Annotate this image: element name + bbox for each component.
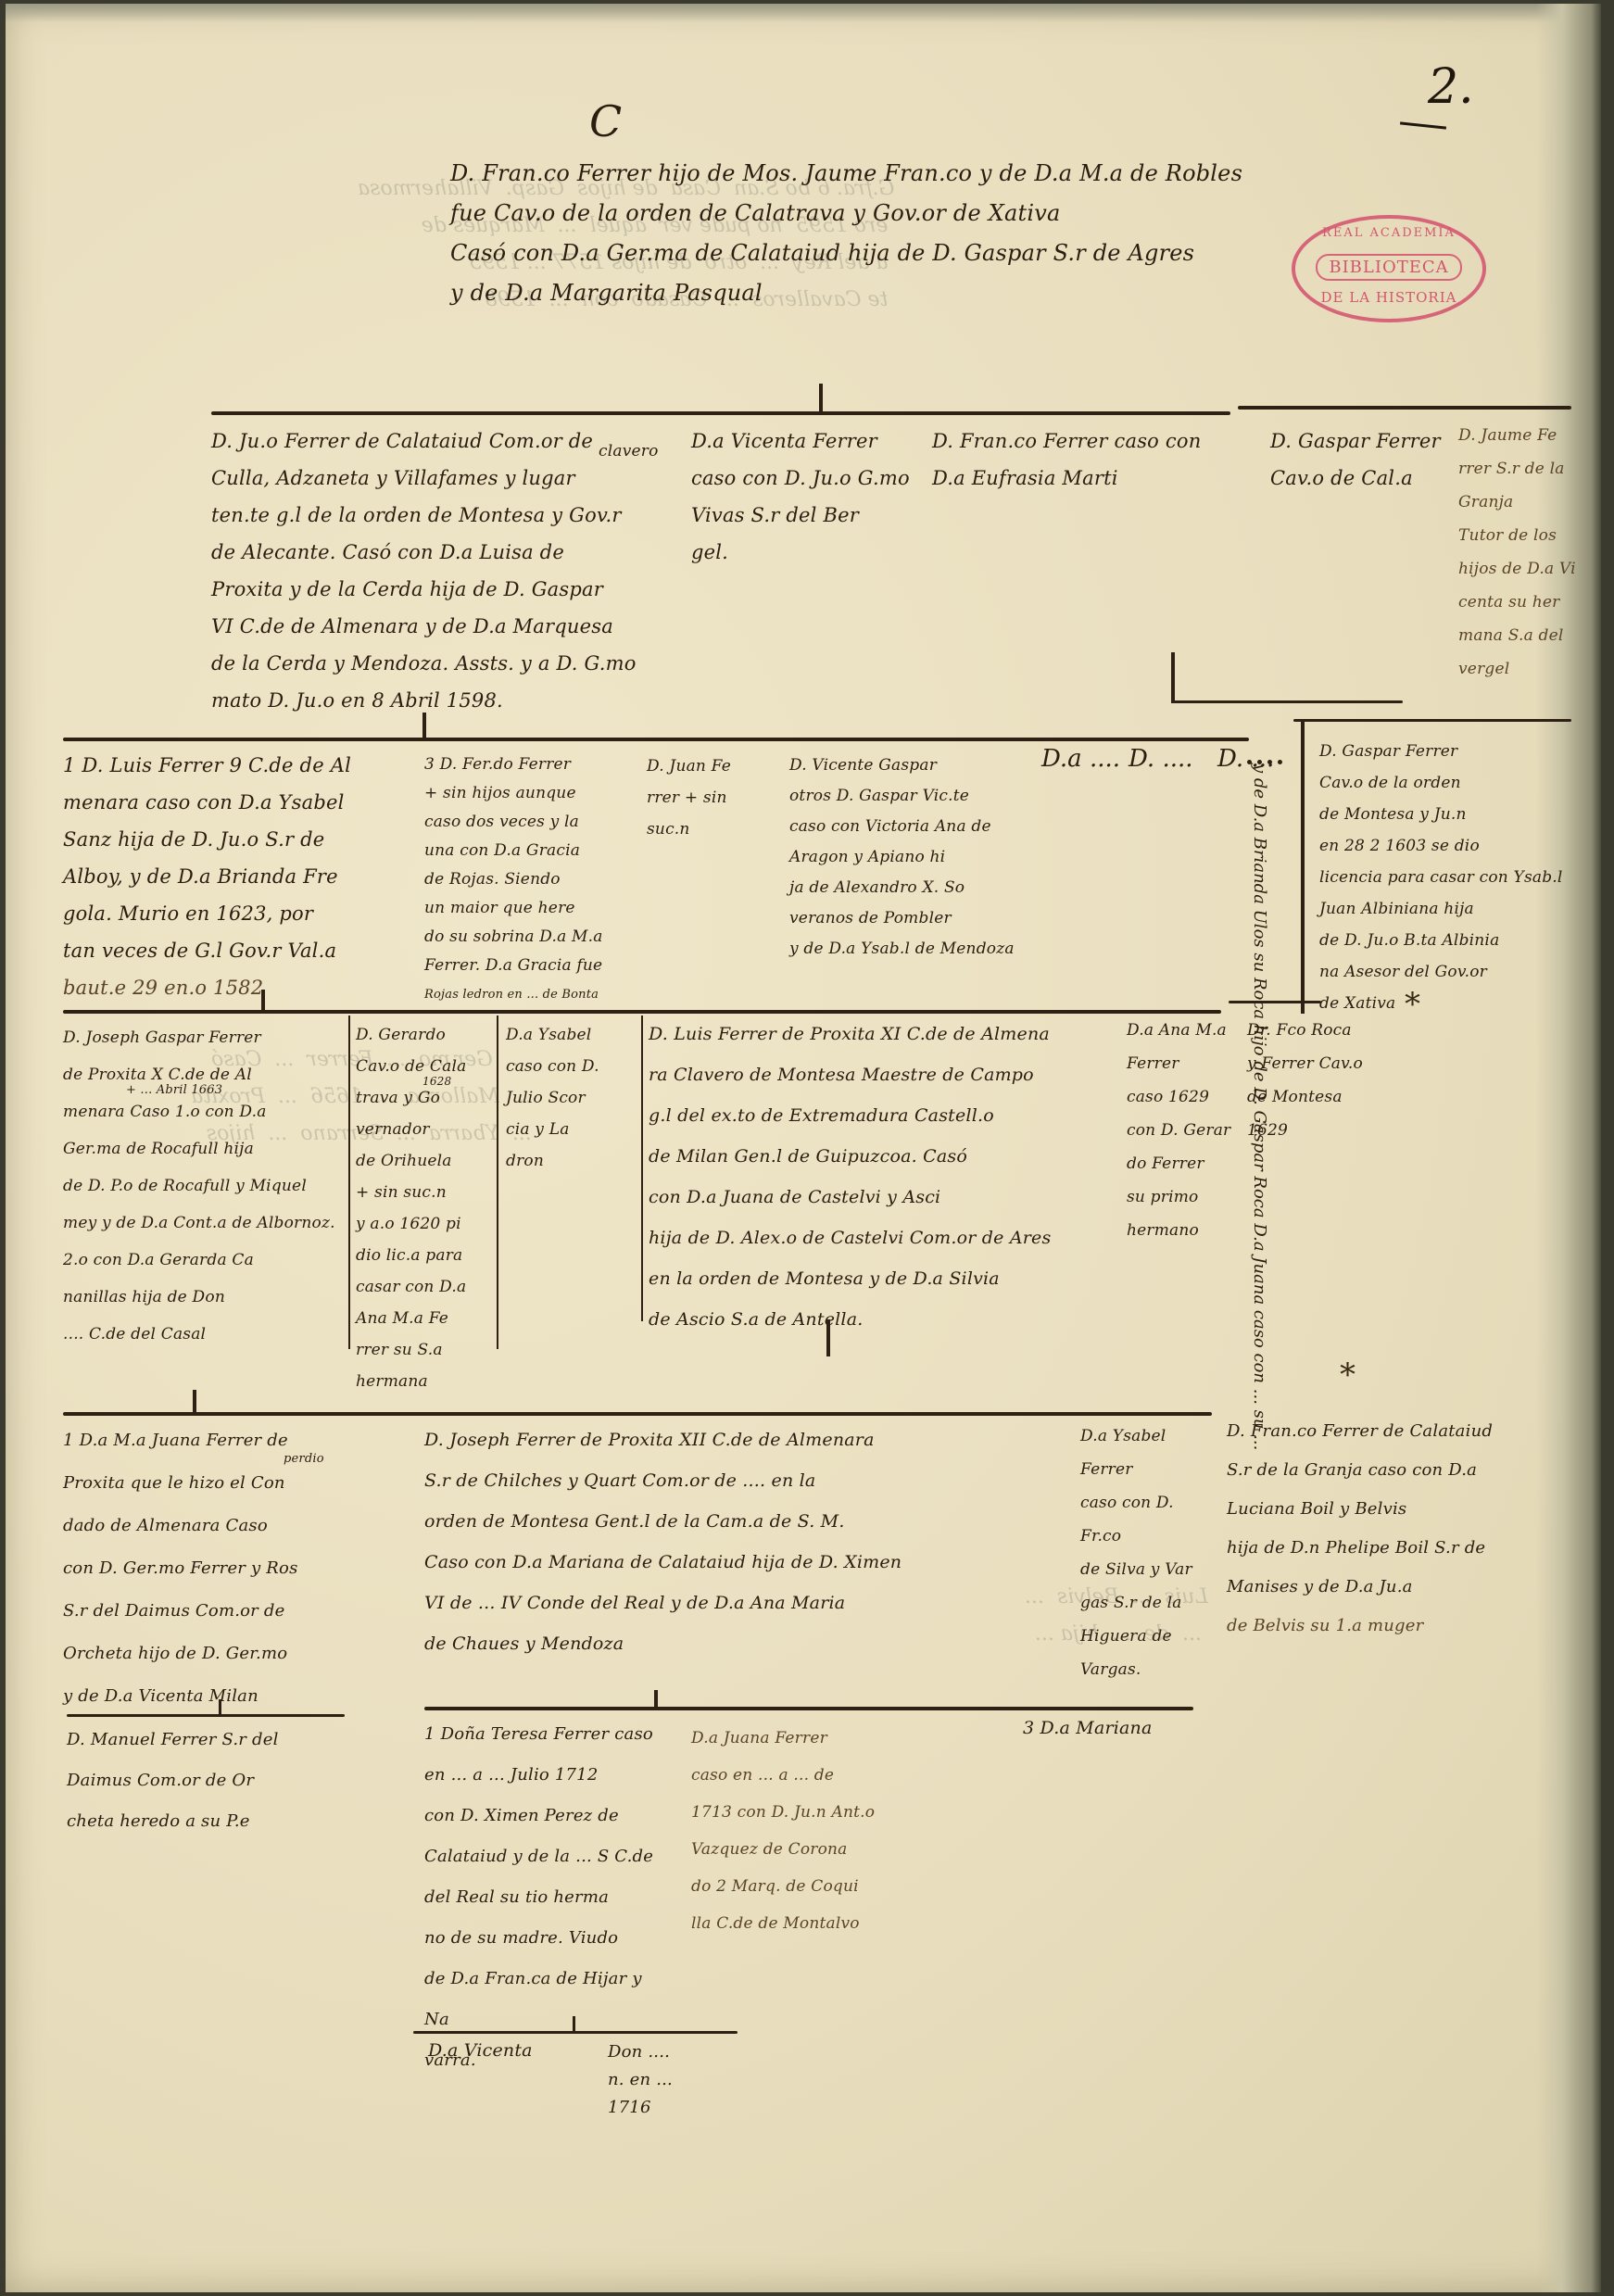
entry-line: n. en ... [608,2066,747,2094]
entry-line: hija de D. Alex.o de Castelvi Com.or de … [649,1217,1130,1258]
entry-line: rrer S.r de la [1458,452,1579,486]
entry-juan-ferrer-calataiud: D. Ju.o Ferrer de Calataiud Com.or de Cu… [211,423,693,719]
entry-line: Ana M.a Fe [356,1303,504,1334]
entry-line: rrer su S.a [356,1334,504,1366]
entry-line: de D.a Fran.ca de Hijar y Na [424,1959,665,2040]
entry-juan-ferrer: D. Juan Fe rrer + sin suc.n [647,751,767,845]
entry-line: Ferrer. D.a Gracia fue [424,952,656,980]
column-divider [641,1016,643,1321]
entry-line: g.l del ex.to de Extremadura Castell.o [649,1095,1130,1136]
entry-line: caso con Victoria Ana de [789,812,1067,842]
entry-line: de Alecante. Casó con D.a Luisa de [211,534,693,571]
entry-line: D.a Juana Ferrer [691,1720,932,1757]
entry-line: caso en ... a ... de [691,1757,932,1794]
entry-line: tan veces de G.l Gov.r Val.a [63,932,415,969]
entry-line: S.r de Chilches y Quart Com.or de .... e… [424,1460,1184,1501]
asterisk-mark: * [1405,986,1420,1023]
entry-line: licencia para casar con Ysab.l [1319,862,1588,893]
entry-line: mana S.a del [1458,619,1579,652]
entry-line: Daimus Com.or de Or [67,1760,345,1801]
entry-line: ten.te g.l de la orden de Montesa y Gov.… [211,497,693,534]
entry-line: 2.o con D.a Gerarda Ca [63,1242,359,1279]
interlinear-note: perdio [284,1447,324,1471]
entry-vicente-gaspar-ferrer: D. Vicente Gaspar otros D. Gaspar Vic.te… [789,751,1067,965]
entry-line: S.r del Daimus Com.or de [63,1590,341,1633]
entry-line: Vivas S.r del Ber [691,497,923,534]
stamp-ring-text: REAL ACADEMIA [1295,226,1482,240]
entry-line: D. Luis Ferrer de Proxita XI C.de de Alm… [649,1014,1130,1054]
entry-line: en ... a ... Julio 1712 [424,1755,665,1796]
entry-line: Orcheta hijo de D. Ger.mo [63,1633,341,1675]
entry-line: caso dos veces y la [424,808,656,837]
entry-line: D. Gaspar Ferrer [1270,423,1456,460]
entry-line: D. Manuel Ferrer S.r del [67,1720,345,1760]
entry-jaume-ferrer: D. Jaume Fe rrer S.r de la Granja Tutor … [1458,419,1579,686]
entry-line: baut.e 29 en.o 1582 [63,969,415,1006]
entry-line: caso con D. Ju.o G.mo [691,460,923,497]
entry-line: de la Cerda y Mendoza. Assts. y a D. G.m… [211,645,693,682]
entry-line: de Chaues y Mendoza [424,1623,1184,1664]
family-brace [211,411,1230,415]
entry-line: D. Fran.co Ferrer caso con [932,423,1247,460]
entry-line: Culla, Adzaneta y Villafames y lugar [211,460,693,497]
entry-line: D.a Ysabel Ferrer [1080,1419,1219,1486]
entry-line: ra Clavero de Montesa Maestre de Campo [649,1054,1130,1095]
entry-line: hijos de D.a Vi [1458,552,1579,586]
entry-line: Alboy, y de D.a Brianda Fre [63,858,415,895]
manuscript-page: G.fra. 6 bo S.an Casa de hijos Gasp. Vil… [6,4,1601,2292]
entry-line: caso 1629 [1127,1080,1247,1114]
entry-luis-ferrer-proxita: D. Luis Ferrer de Proxita XI C.de de Alm… [649,1014,1130,1340]
brace-tip [826,1319,830,1356]
root-line: y de D.a Margarita Pasqual [450,273,1284,313]
interlinear-note: + ... Abril 1663 [126,1079,222,1103]
entry-francisco-roca: Dr. Fco Roca y Ferrer Cav.o de Montesa 1… [1247,1014,1377,1147]
vertical-line: y de D.a Brianda Ulos [1250,763,1269,948]
entry-line: ja de Alexandro X. So [789,873,1067,903]
brace-tip [819,384,823,411]
entry-line: D. Gaspar Ferrer [1319,736,1588,767]
entry-line: gola. Murio en 1623, por [63,895,415,932]
entry-line: centa su her [1458,586,1579,619]
entry-line: do 2 Marq. de Coqui [691,1868,932,1905]
root-entry: D. Fran.co Ferrer hijo de Mos. Jaume Fra… [450,154,1284,313]
entry-vicenta-ferrer: D.a Vicenta Ferrer caso con D. Ju.o G.mo… [691,423,923,571]
entry-line: un maior que here [424,894,656,923]
bracket-line [1293,719,1571,722]
entry-line: D.a Ysabel [506,1019,636,1051]
entry-line: no de su madre. Viudo [424,1918,665,1959]
connector-line [1171,700,1403,703]
entry-line: con D. Gerar [1127,1114,1247,1147]
entry-line: en 28 2 1603 se dio [1319,830,1588,862]
entry-line: gas S.r de la [1080,1586,1219,1620]
interlinear-note: clavero [599,439,659,463]
entry-line: rrer + sin [647,782,767,814]
entry-line: Caso con D.a Mariana de Calataiud hija d… [424,1542,1184,1583]
entry-line: D. Jaume Fe [1458,419,1579,452]
entry-line: con D. Ximen Perez de [424,1796,665,1836]
entry-line: hermana [356,1366,504,1397]
root-line: fue Cav.o de la orden de Calatrava y Gov… [450,194,1284,233]
entry-line: Granja [1458,486,1579,519]
entry-line: Rojas ledron en ... de Bonta [424,980,656,1009]
entry-line: de Milan Gen.l de Guipuzcoa. Casó [649,1136,1130,1177]
entry-line: de Montesa [1247,1080,1377,1114]
entry-line: Cav.o de Cal.a [1270,460,1456,497]
entry-line: orden de Montesa Gent.l de la Cam.a de S… [424,1501,1184,1542]
entry-line: y Ferrer Cav.o [1247,1047,1377,1080]
entry-line: Vazquez de Corona [691,1831,932,1868]
entry-juana-ferrer: D.a Juana Ferrer caso en ... a ... de 17… [691,1720,932,1942]
entry-line: casar con D.a [356,1271,504,1303]
entry-line: .... C.de del Casal [63,1316,359,1353]
entry-line: hermano [1127,1214,1247,1247]
entry-line: del Real su tio herma [424,1877,665,1918]
entry-line: de Rojas. Siendo [424,865,656,894]
entry-line: D. Fran.co Ferrer de Calataiud [1227,1412,1523,1451]
entry-line: mato D. Ju.o en 8 Abril 1598. [211,682,693,719]
entry-line: y a.o 1620 pi [356,1208,504,1240]
entry-line: su primo [1127,1180,1247,1214]
asterisk-mark: * [1340,1356,1356,1394]
entry-line: Dr. Fco Roca [1247,1014,1377,1047]
entry-line: D. Vicente Gaspar [789,751,1067,781]
bracket-line [1301,719,1305,1014]
family-brace [1229,1001,1321,1003]
entry-line: 1716 [608,2094,747,2122]
entry-line: de Silva y Var [1080,1553,1219,1586]
entry-line: dron [506,1145,636,1177]
stamp-bottom-text: DE LA HISTORIA [1295,289,1482,306]
entry-line: de Orihuela [356,1145,504,1177]
entry-line: lla C.de de Montalvo [691,1905,932,1942]
entry-line: hija de D.n Phelipe Boil S.r de [1227,1529,1523,1568]
section-letter: C [589,96,622,146]
family-brace [413,2031,738,2034]
entry-ysabel-ferrer-2: D.a Ysabel Ferrer caso con D. Fr.co de S… [1080,1419,1219,1686]
entry-gaspar-ferrer: D. Gaspar Ferrer Cav.o de Cal.a [1270,423,1456,497]
entry-manuel-ferrer: D. Manuel Ferrer S.r del Daimus Com.or d… [67,1720,345,1842]
entry-line: con D.a Juana de Castelvi y Asci [649,1177,1130,1217]
entry-line: nanillas hija de Don [63,1279,359,1316]
brace-tip [654,1690,658,1707]
entry-line: 3 D. Fer.do Ferrer [424,751,656,779]
entry-ysabel-ferrer: D.a Ysabel caso con D. Julio Scor cia y … [506,1019,636,1177]
entry-joseph-ferrer-proxita-xii: D. Joseph Ferrer de Proxita XII C.de de … [424,1419,1184,1664]
entry-fernando-ferrer: 3 D. Fer.do Ferrer + sin hijos aunque ca… [424,751,656,1009]
page-right-edge [1536,4,1601,2292]
entry-line: cia y La [506,1114,636,1145]
entry-line: Sanz hija de D. Ju.o S.r de [63,821,415,858]
entry-line: D. Gerardo [356,1019,504,1051]
entry-gaspar-ferrer-montesa: D. Gaspar Ferrer Cav.o de la orden de Mo… [1319,736,1588,1019]
entry-line: + sin hijos aunque [424,779,656,808]
entry-line: Ger.ma de Rocafull hija [63,1130,359,1167]
column-divider [497,1016,498,1349]
entry-line: D.a Vicenta Ferrer [691,423,923,460]
family-brace [67,1714,345,1717]
entry-mariana-ferrer: 3 D.a Mariana [1023,1716,1190,1740]
entry-line: Juan Albiniana hija [1319,893,1588,925]
family-brace [63,1412,1212,1416]
entry-line: suc.n [647,814,767,845]
entry-unnamed-2: D. .... [1129,745,1193,773]
entry-line: Don .... [608,2038,747,2066]
entry-line: dado de Almenara Caso [63,1505,341,1547]
entry-line: 1713 con D. Ju.n Ant.o [691,1794,932,1831]
entry-line: una con D.a Gracia [424,837,656,865]
entry-line: de Montesa y Ju.n [1319,799,1588,830]
entry-line: vernador [356,1114,504,1145]
entry-line: Proxita y de la Cerda hija de D. Gaspar [211,571,693,608]
entry-line: cheta heredo a su P.e [67,1801,345,1842]
entry-vicenta-details: Don .... n. en ... 1716 [608,2038,747,2122]
entry-line: mey y de D.a Cont.a de Albornoz. [63,1205,359,1242]
family-brace [424,1707,1193,1710]
entry-line: Aragon y Apiano hi [789,842,1067,873]
entry-line: + sin suc.n [356,1177,504,1208]
entry-line: D.a Eufrasia Marti [932,460,1247,497]
entry-line: Higuera de [1080,1620,1219,1653]
entry-line: y de D.a Vicenta Milan [63,1675,341,1718]
entry-vicenta-name: D.a Vicenta [428,2038,586,2063]
entry-line: y de D.a Ysab.l de Mendoza [789,934,1067,965]
entry-teresa-ferrer: 1 Doña Teresa Ferrer caso en ... a ... J… [424,1714,665,2081]
library-stamp: REAL ACADEMIA BIBLIOTECA DE LA HISTORIA [1292,215,1486,322]
entry-line: 1 D. Luis Ferrer 9 C.de de Al [63,747,415,784]
brace-tip [219,1699,221,1714]
entry-luis-ferrer-vii: 1 D. Luis Ferrer 9 C.de de Al menara cas… [63,747,415,1006]
entry-line: Manises y de D.a Ju.a [1227,1568,1523,1607]
entry-line: con D. Ger.mo Ferrer y Ros [63,1547,341,1590]
brace-tip [422,713,426,738]
family-brace [1238,406,1571,410]
page-top-edge [6,4,1601,22]
entry-joseph-gaspar-ferrer: D. Joseph Gaspar Ferrer de Proxita X C.d… [63,1019,359,1353]
brace-tip [261,990,265,1010]
entry-line: caso con D. [506,1051,636,1082]
entry-line: Tutor de los [1458,519,1579,552]
entry-line: Julio Scor [506,1082,636,1114]
entry-line: Cav.o de la orden [1319,767,1588,799]
entry-ana-maria-ferrer: D.a Ana M.a Ferrer caso 1629 con D. Gera… [1127,1014,1247,1247]
entry-unnamed-1: D.a .... [1041,745,1120,773]
entry-line: gel. [691,534,923,571]
entry-line: Vargas. [1080,1653,1219,1686]
entry-line: caso con D. Fr.co [1080,1486,1219,1553]
entry-line: de D. Ju.o B.ta Albinia [1319,925,1588,956]
entry-line: D. Juan Fe [647,751,767,782]
column-divider [348,1016,350,1349]
entry-line: Ferrer [1127,1047,1247,1080]
entry-line: S.r de la Granja caso con D.a [1227,1451,1523,1490]
folio-number: 2. [1428,59,1474,115]
entry-line: vergel [1458,652,1579,686]
folio-underline [1400,121,1446,129]
entry-line: otros D. Gaspar Vic.te [789,781,1067,812]
vertical-note: y de D.a Brianda Ulos su Roca hijo de D.… [1247,763,1271,995]
entry-line: D. Joseph Ferrer de Proxita XII C.de de … [424,1419,1184,1460]
entry-line: de D. P.o de Rocafull y Miquel [63,1167,359,1205]
entry-line: menara caso con D.a Ysabel [63,784,415,821]
interlinear-note: 1628 [422,1069,451,1093]
connector-line [1171,652,1175,703]
entry-line: 1629 [1247,1114,1377,1147]
entry-line: do Ferrer [1127,1147,1247,1180]
entry-line: VI C.de de Almenara y de D.a Marquesa [211,608,693,645]
entry-francisco-ferrer-calataiud: D. Fran.co Ferrer de Calataiud S.r de la… [1227,1412,1523,1646]
entry-line: veranos de Pombler [789,903,1067,934]
entry-line: de Ascio S.a de Antella. [649,1299,1130,1340]
entry-francisco-ferrer: D. Fran.co Ferrer caso con D.a Eufrasia … [932,423,1247,497]
entry-line: Calataiud y de la ... S C.de [424,1836,665,1877]
root-line: D. Fran.co Ferrer hijo de Mos. Jaume Fra… [450,154,1284,194]
entry-line: de Belvis su 1.a muger [1227,1607,1523,1646]
entry-line: D. Joseph Gaspar Ferrer [63,1019,359,1056]
brace-tip [573,2016,575,2031]
entry-line: na Asesor del Gov.or [1319,956,1588,988]
entry-line: VI de ... IV Conde del Real y de D.a Ana… [424,1583,1184,1623]
entry-line: do su sobrina D.a M.a [424,923,656,952]
entry-line: dio lic.a para [356,1240,504,1271]
entry-line: 1 Doña Teresa Ferrer caso [424,1714,665,1755]
brace-tip [193,1390,196,1412]
family-brace [63,738,1249,741]
stamp-center-text: BIBLIOTECA [1316,254,1462,281]
root-line: Casó con D.a Ger.ma de Calataiud hija de… [450,233,1284,273]
entry-line: en la orden de Montesa y de D.a Silvia [649,1258,1130,1299]
entry-line: D.a Ana M.a [1127,1014,1247,1047]
entry-line: Luciana Boil y Belvis [1227,1490,1523,1529]
